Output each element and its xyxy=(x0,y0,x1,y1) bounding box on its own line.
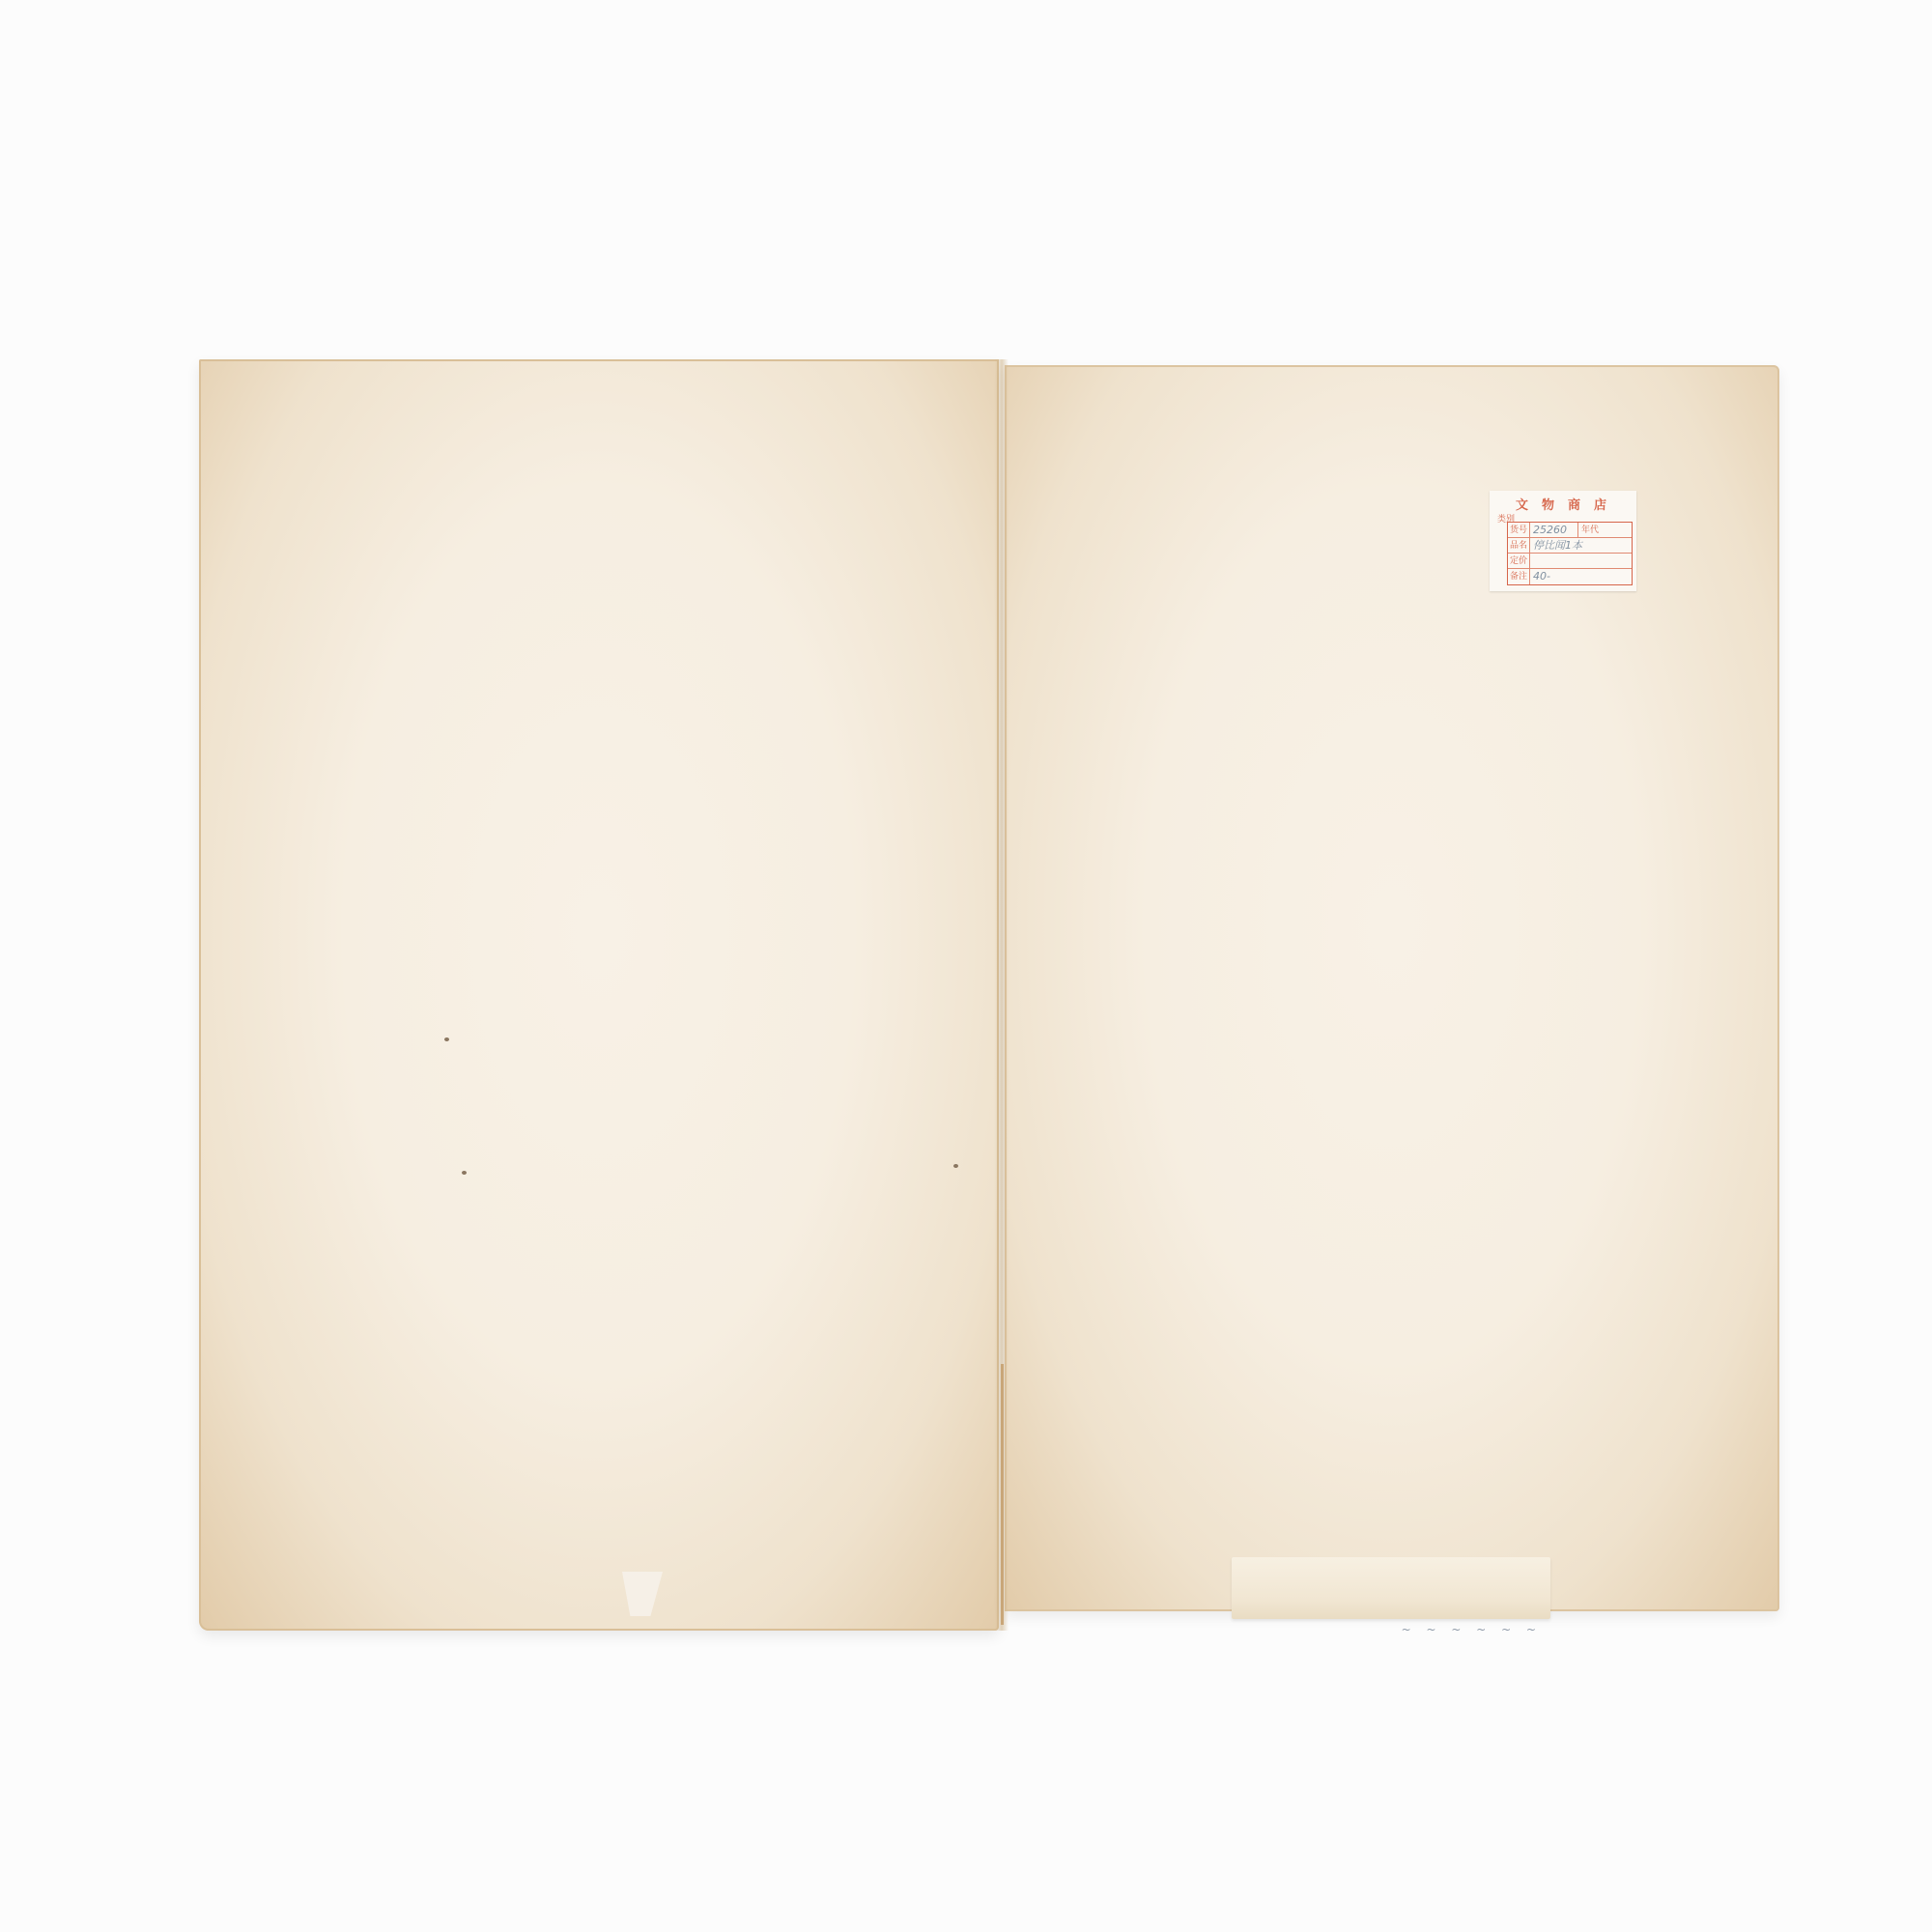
label-grid: 货号 25260 年代 品名 停比闻1本 定价 备注 40- xyxy=(1507,522,1633,585)
slip-handwriting: ~ ~ ~ ~ ~ ~ xyxy=(1256,1623,1536,1636)
paper-slip xyxy=(1232,1557,1550,1619)
label-row-price: 定价 xyxy=(1508,554,1632,569)
shop-price-label: 文物商店 类别 货号 25260 年代 品名 停比闻1本 定价 备注 40- xyxy=(1490,491,1636,591)
gutter-split xyxy=(1001,1364,1004,1625)
label-title: 文物商店 xyxy=(1490,495,1636,513)
left-page xyxy=(199,359,999,1631)
paper-speck xyxy=(953,1164,958,1168)
label-row-item-name: 品名 停比闻1本 xyxy=(1508,538,1632,554)
right-page xyxy=(1005,365,1779,1611)
label-row-notes: 备注 40- xyxy=(1508,569,1632,584)
label-row-item-number: 货号 25260 年代 xyxy=(1508,523,1632,538)
paper-speck xyxy=(462,1171,467,1175)
paper-speck xyxy=(444,1037,449,1041)
